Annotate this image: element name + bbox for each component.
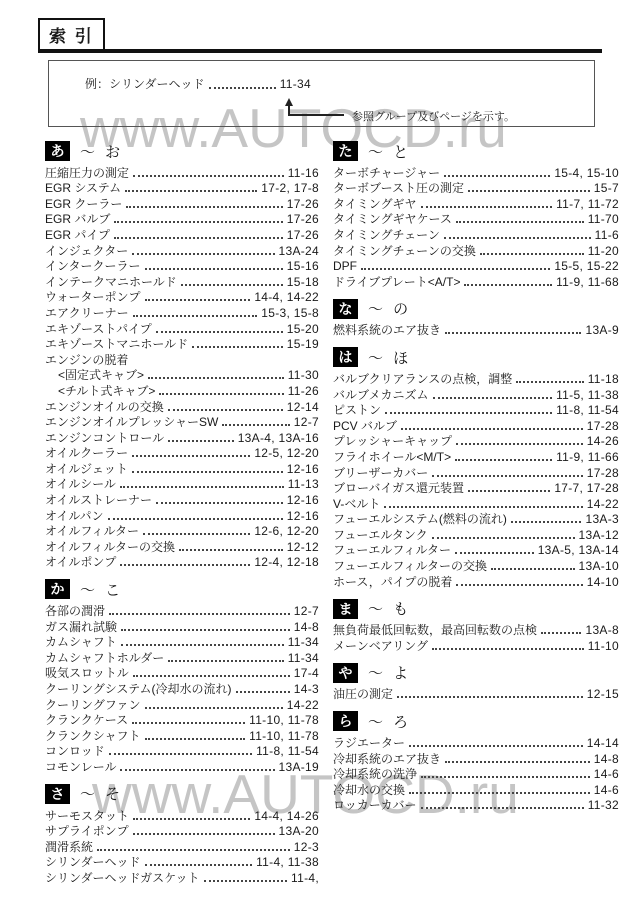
section-kana-badge: な — [333, 299, 358, 319]
entry-page-ref: 11-10 — [588, 639, 619, 653]
dot-leader — [132, 722, 245, 724]
entry-page-ref: 12-12 — [287, 540, 319, 554]
dot-leader — [133, 675, 290, 677]
index-entry: クーリングシステム(冷却水の流れ)14-3 — [45, 680, 319, 696]
index-entry: ターボブースト圧の測定15-7 — [333, 180, 619, 196]
section-header: さ～ そ — [45, 784, 319, 804]
entry-page-ref: 14-3 — [294, 682, 319, 696]
entry-label: フューエルフィルター — [333, 543, 451, 557]
dot-leader — [455, 552, 534, 554]
dot-leader — [541, 632, 581, 634]
entry-page-ref: 13A-24 — [279, 244, 320, 258]
index-entry: シリンダーヘッド11-4, 11-38 — [45, 854, 319, 870]
entry-page-ref: 12-14 — [287, 400, 319, 414]
dot-leader — [384, 506, 582, 508]
entry-page-ref: 13A-19 — [279, 760, 320, 774]
index-entry: インテークマニホールド15-18 — [45, 273, 319, 289]
entry-page-ref: 12-7 — [294, 415, 319, 429]
section-range-label: ～ そ — [80, 783, 123, 804]
dot-leader — [456, 584, 582, 586]
index-columns: あ～ お圧縮圧力の測定11-16EGR システム17-2, 17-8EGR クー… — [45, 141, 619, 885]
entry-page-ref: 17-26 — [287, 212, 319, 226]
example-caption: 参照グループ及びページを示す。 — [352, 108, 515, 124]
dot-leader — [491, 568, 575, 570]
entry-page-ref: 14-6 — [594, 783, 619, 797]
index-entry: オイルパン12-16 — [45, 507, 319, 523]
index-entry: エンジンオイルの交換12-14 — [45, 398, 319, 414]
entry-label: 圧縮圧力の測定 — [45, 166, 129, 180]
index-entry: オイルシール11-13 — [45, 476, 319, 492]
index-entry: 冷却系統の洗浄14-6 — [333, 766, 619, 782]
dot-leader — [145, 299, 251, 301]
section-range-label: ～ よ — [368, 662, 411, 683]
entry-page-ref: 12-16 — [287, 509, 319, 523]
entry-label: メーンベアリング — [333, 639, 428, 653]
entry-page-ref: 14-10 — [587, 575, 619, 589]
section-header: か～ こ — [45, 579, 319, 599]
index-entry: オイルポンプ12-4, 12-18 — [45, 554, 319, 570]
entry-label: インジェクター — [45, 244, 128, 258]
section-range-label: ～ お — [80, 141, 123, 162]
entry-label: オイルジェット — [45, 462, 128, 476]
entry-label: <チルト式キャブ> — [58, 384, 155, 398]
entry-label: オイルシール — [45, 477, 116, 491]
dot-leader — [156, 502, 283, 504]
index-entry: ロッカーカバー11-32 — [333, 797, 619, 813]
dot-leader — [480, 253, 584, 255]
section-kana-badge: は — [333, 347, 358, 367]
index-entry: 各部の潤滑12-7 — [45, 602, 319, 618]
entry-label: ガス漏れ試験 — [45, 620, 117, 634]
dot-leader — [421, 206, 553, 208]
entry-page-ref: 13A-8 — [585, 623, 619, 637]
index-entry: PCV バルブ17-28 — [333, 417, 619, 433]
entry-page-ref: 17-28 — [587, 466, 619, 480]
entry-page-ref: 11-34 — [288, 651, 319, 665]
entry-label: ロッカーカバー — [333, 798, 417, 812]
entry-label: クランクシャフト — [45, 729, 141, 743]
index-entry: コンロッド11-8, 11-54 — [45, 743, 319, 759]
entry-label: 各部の潤滑 — [45, 604, 105, 618]
entry-label: オイルポンプ — [45, 555, 116, 569]
index-entry: タイミングチェーン11-6 — [333, 226, 619, 242]
entry-label: EGR クーラー — [45, 197, 122, 211]
index-entry: 冷却系統のエア抜き14-8 — [333, 750, 619, 766]
entry-page-ref: 14-4, 14-22 — [254, 290, 319, 304]
section-header: ら～ ろ — [333, 711, 619, 731]
entry-label: 冷却系統の洗浄 — [333, 767, 417, 781]
dot-leader — [401, 428, 583, 430]
entry-label: 吸気スロットル — [45, 666, 129, 680]
entry-label: オイルパン — [45, 509, 104, 523]
index-entry: カムシャフト11-34 — [45, 634, 319, 650]
entry-label: タイミングチェーンの交換 — [333, 244, 476, 258]
entry-page-ref: 17-2, 17-8 — [261, 181, 319, 195]
index-entry: ホース，パイプの脱着14-10 — [333, 573, 619, 589]
entry-page-ref: 14-4, 14-26 — [254, 809, 319, 823]
entry-label: エンジンオイルプレッシャーSW — [45, 415, 218, 429]
entry-label: エンジンコントロール — [45, 431, 164, 445]
dot-leader — [145, 707, 283, 709]
entry-page-ref: 11-5, 11-38 — [556, 388, 619, 402]
dot-leader — [468, 490, 550, 492]
entry-label: エンジンオイルの交換 — [45, 400, 164, 414]
index-entry: タイミングチェーンの交換11-20 — [333, 242, 619, 258]
index-entry: フライホイール<M/T>11-9, 11-66 — [333, 448, 619, 464]
entry-label: ブリーザーカバー — [333, 466, 428, 480]
dot-leader — [192, 346, 283, 348]
index-entry: バルブクリアランスの点検，調整11-18 — [333, 370, 619, 386]
entry-label: カムシャフトホルダー — [45, 651, 164, 665]
section-kana-badge: か — [45, 579, 70, 599]
index-entry: 油圧の測定12-15 — [333, 686, 619, 702]
index-entry: クランクケース11-10, 11-78 — [45, 712, 319, 728]
entry-page-ref: 15-5, 15-22 — [554, 259, 619, 273]
section-kana-badge: た — [333, 141, 358, 161]
dot-leader — [444, 237, 591, 239]
dot-leader — [445, 761, 590, 763]
index-entry: フューエルタンク13A-12 — [333, 526, 619, 542]
index-entry: <チルト式キャブ>11-26 — [45, 382, 319, 398]
entry-label: EGR システム — [45, 181, 121, 195]
index-entry: EGR バルブ17-26 — [45, 211, 319, 227]
index-entry: メーンベアリング11-10 — [333, 637, 619, 653]
entry-page-ref: 11-9, 11-68 — [556, 275, 619, 289]
dot-leader — [114, 221, 282, 223]
dot-leader — [133, 315, 258, 317]
entry-page-ref: 11-34 — [288, 635, 319, 649]
dot-leader — [132, 455, 250, 457]
dot-leader — [432, 537, 575, 539]
index-entry: 冷却水の交換14-6 — [333, 781, 619, 797]
entry-label: コモンレール — [45, 760, 116, 774]
section-kana-badge: あ — [45, 141, 70, 161]
entry-label: フューエルタンク — [333, 528, 428, 542]
dot-leader — [421, 776, 590, 778]
index-entry: EGR システム17-2, 17-8 — [45, 180, 319, 196]
entry-page-ref: 14-8 — [294, 620, 319, 634]
example-legend-box: 例：シリンダーヘッド 11-34 参照グループ及びページを示す。 — [48, 60, 595, 127]
entry-page-ref: 11-70 — [588, 212, 619, 226]
entry-label: コンロッド — [45, 744, 105, 758]
page-title: 索 引 — [38, 18, 105, 52]
index-entry: エンジンコントロール13A-4, 13A-16 — [45, 429, 319, 445]
entry-label: エアクリーナー — [45, 306, 129, 320]
dot-leader — [133, 175, 284, 177]
section-kana-badge: ま — [333, 599, 358, 619]
dot-leader — [445, 332, 581, 334]
entry-label: PCV バルブ — [333, 419, 397, 433]
entry-page-ref: 11-16 — [288, 166, 319, 180]
section-header: あ～ お — [45, 141, 319, 161]
index-entry: カムシャフトホルダー11-34 — [45, 649, 319, 665]
index-entry: タイミングギヤケース11-70 — [333, 211, 619, 227]
dot-leader — [145, 268, 283, 270]
index-entry: フューエルフィルターの交換13A-10 — [333, 557, 619, 573]
entry-page-ref: 17-28 — [587, 419, 619, 433]
index-entry: EGR クーラー17-26 — [45, 195, 319, 211]
dot-leader — [120, 564, 250, 566]
entry-page-ref: 12-5, 12-20 — [254, 446, 319, 460]
dot-leader — [156, 331, 283, 333]
dot-leader — [511, 521, 582, 523]
entry-page-ref: 11-30 — [288, 368, 319, 382]
entry-page-ref: 11-20 — [588, 244, 619, 258]
dot-leader — [455, 459, 552, 461]
index-entry: ブローバイガス還元装置17-7, 17-28 — [333, 480, 619, 496]
entry-label: インタークーラー — [45, 259, 141, 273]
index-entry: クーリングファン14-22 — [45, 696, 319, 712]
section-kana-badge: や — [333, 663, 358, 683]
section-header: ま～ も — [333, 599, 619, 619]
title-divider — [38, 49, 602, 53]
entry-label: オイルストレーナー — [45, 493, 152, 507]
entry-label: 燃料系統のエア抜き — [333, 323, 441, 337]
index-entry: オイルクーラー12-5, 12-20 — [45, 445, 319, 461]
entry-label: EGR パイプ — [45, 228, 110, 242]
entry-page-ref: 15-3, 15-8 — [261, 306, 319, 320]
entry-label: サーモスタット — [45, 809, 129, 823]
section-header: な～ の — [333, 299, 619, 319]
index-entry: ターボチャージャー15-4, 15-10 — [333, 164, 619, 180]
section-kana-badge: さ — [45, 784, 70, 804]
entry-page-ref: 14-26 — [587, 434, 619, 448]
entry-label: <固定式キャブ> — [58, 368, 144, 382]
entry-label: ラジエーター — [333, 736, 405, 750]
entry-page-ref: 13A-4, 13A-16 — [238, 431, 319, 445]
entry-page-ref: 12-16 — [287, 462, 319, 476]
index-entry: タイミングギヤ11-7, 11-72 — [333, 195, 619, 211]
entry-label: クランクケース — [45, 713, 128, 727]
dot-leader — [109, 613, 290, 615]
entry-label: クーリングファン — [45, 698, 141, 712]
index-entry: オイルストレーナー12-16 — [45, 491, 319, 507]
entry-label: シリンダーヘッドガスケット — [45, 871, 200, 885]
index-entry: サプライポンプ13A-20 — [45, 823, 319, 839]
entry-label: タイミングチェーン — [333, 228, 440, 242]
dot-leader — [361, 268, 550, 270]
index-entry: ガス漏れ試験14-8 — [45, 618, 319, 634]
dot-leader — [181, 284, 283, 286]
entry-label: タイミングギヤケース — [333, 212, 452, 226]
entry-page-ref: 17-7, 17-28 — [554, 481, 619, 495]
section-range-label: ～ こ — [80, 579, 123, 600]
section-range-label: ～ も — [368, 598, 411, 619]
dot-leader — [385, 412, 552, 414]
dot-leader — [120, 486, 284, 488]
dot-leader — [132, 253, 274, 255]
index-entry: ドライブプレート<A/T>11-9, 11-68 — [333, 273, 619, 289]
section-kana-badge: ら — [333, 711, 358, 731]
entry-label: エンジンの脱着 — [45, 353, 128, 367]
entry-page-ref: 14-14 — [587, 736, 619, 750]
index-entry: ラジエーター14-14 — [333, 734, 619, 750]
entry-page-ref: 17-26 — [287, 197, 319, 211]
entry-label: ウォーターポンプ — [45, 290, 141, 304]
index-entry: 潤滑系統12-3 — [45, 838, 319, 854]
dot-leader — [468, 190, 590, 192]
dot-leader — [444, 175, 550, 177]
section-range-label: ～ ほ — [368, 347, 411, 368]
index-entry: オイルフィルターの交換12-12 — [45, 538, 319, 554]
index-entry: V-ベルト14-22 — [333, 495, 619, 511]
entry-label: ターボチャージャー — [333, 166, 440, 180]
index-column-left: あ～ お圧縮圧力の測定11-16EGR システム17-2, 17-8EGR クー… — [45, 141, 319, 885]
index-entry: EGR パイプ17-26 — [45, 226, 319, 242]
entry-page-ref: 11-4, 11-38 — [256, 855, 319, 869]
dot-leader — [209, 87, 276, 89]
dot-leader — [114, 237, 283, 239]
entry-label: バルブメカニズム — [333, 388, 429, 402]
dot-leader — [126, 206, 282, 208]
index-entry: エアクリーナー15-3, 15-8 — [45, 304, 319, 320]
entry-label: 油圧の測定 — [333, 687, 393, 701]
example-page-ref: 11-34 — [280, 77, 311, 92]
entry-label: ブローバイガス還元装置 — [333, 481, 464, 495]
index-entry: クランクシャフト11-10, 11-78 — [45, 727, 319, 743]
entry-page-ref: 11-9, 11-66 — [556, 450, 619, 464]
entry-label: プレッシャーキャップ — [333, 434, 452, 448]
entry-page-ref: 11-26 — [288, 384, 319, 398]
entry-label: サプライポンプ — [45, 824, 129, 838]
dot-leader — [409, 792, 590, 794]
index-entry: インジェクター13A-24 — [45, 242, 319, 258]
index-entry: ブリーザーカバー17-28 — [333, 464, 619, 480]
index-entry: ピストン11-8, 11-54 — [333, 402, 619, 418]
dot-leader — [433, 397, 553, 399]
dot-leader — [121, 644, 284, 646]
dot-leader — [168, 440, 234, 442]
entry-page-ref: 13A-20 — [279, 824, 320, 838]
index-entry: フューエルシステム(燃料の流れ)13A-3 — [333, 511, 619, 527]
dot-leader — [456, 221, 584, 223]
entry-label: 冷却系統のエア抜き — [333, 752, 441, 766]
dot-leader — [145, 738, 246, 740]
section-range-label: ～ と — [368, 141, 411, 162]
example-entry: 例：シリンダーヘッド 11-34 — [85, 77, 311, 92]
entry-label: オイルフィルターの交換 — [45, 540, 175, 554]
index-entry: プレッシャーキャップ14-26 — [333, 433, 619, 449]
entry-label: オイルクーラー — [45, 446, 128, 460]
entry-label: 潤滑系統 — [45, 840, 93, 854]
entry-page-ref: 12-16 — [287, 493, 319, 507]
index-entry: サーモスタット14-4, 14-26 — [45, 807, 319, 823]
entry-page-ref: 11-8, 11-54 — [256, 744, 319, 758]
entry-page-ref: 12-3 — [294, 840, 319, 854]
dot-leader — [125, 190, 257, 192]
entry-label: 無負荷最低回転数，最高回転数の点検 — [333, 623, 537, 637]
entry-label: ホース，パイプの脱着 — [333, 575, 452, 589]
entry-page-ref: 14-22 — [587, 497, 619, 511]
entry-page-ref: 13A-9 — [585, 323, 619, 337]
entry-label: インテークマニホールド — [45, 275, 177, 289]
entry-page-ref: 11-10, 11-78 — [249, 729, 319, 743]
entry-page-ref: 12-6, 12-20 — [254, 524, 319, 538]
entry-page-ref: 15-16 — [287, 259, 319, 273]
entry-label: フューエルシステム(燃料の流れ) — [333, 512, 507, 526]
dot-leader — [397, 696, 583, 698]
dot-leader — [109, 753, 252, 755]
entry-page-ref: 11-10, 11-78 — [249, 713, 319, 727]
dot-leader — [168, 409, 283, 411]
entry-label: クーリングシステム(冷却水の流れ) — [45, 682, 232, 696]
entry-page-ref: 15-7 — [594, 181, 619, 195]
dot-leader — [236, 691, 290, 693]
dot-leader — [148, 377, 284, 379]
index-entry: エキゾーストマニホールド15-19 — [45, 336, 319, 352]
dot-leader — [222, 424, 289, 426]
dot-leader — [516, 381, 583, 383]
entry-label: エキゾーストマニホールド — [45, 337, 188, 351]
dot-leader — [97, 849, 290, 851]
dot-leader — [159, 393, 283, 395]
index-entry: インタークーラー15-16 — [45, 258, 319, 274]
index-entry: オイルフィルター12-6, 12-20 — [45, 523, 319, 539]
entry-page-ref: 11-32 — [588, 798, 619, 812]
dot-leader — [409, 745, 583, 747]
entry-label: ターボブースト圧の測定 — [333, 181, 464, 195]
example-entry-label: 例：シリンダーヘッド — [85, 77, 205, 92]
index-entry: エンジンの脱着 — [45, 351, 319, 367]
dot-leader — [121, 629, 290, 631]
section-header: は～ ほ — [333, 347, 619, 367]
entry-page-ref: 14-6 — [594, 767, 619, 781]
entry-label: カムシャフト — [45, 635, 117, 649]
entry-label: DPF — [333, 259, 357, 273]
entry-page-ref: 11-13 — [288, 477, 319, 491]
entry-label: オイルフィルター — [45, 524, 139, 538]
entry-page-ref: 13A-3 — [585, 512, 619, 526]
entry-page-ref: 12-4, 12-18 — [254, 555, 319, 569]
entry-label: 冷却水の交換 — [333, 783, 405, 797]
entry-page-ref: 14-22 — [287, 698, 319, 712]
dot-leader — [143, 533, 250, 535]
entry-page-ref: 15-19 — [287, 337, 319, 351]
dot-leader — [145, 864, 253, 866]
entry-page-ref: 13A-5, 13A-14 — [538, 543, 619, 557]
entry-page-ref: 11-6 — [595, 228, 619, 242]
dot-leader — [120, 769, 274, 771]
entry-page-ref: 12-15 — [587, 687, 619, 701]
entry-page-ref: 13A-12 — [579, 528, 620, 542]
dot-leader — [133, 818, 250, 820]
entry-label: ドライブプレート<A/T> — [333, 275, 460, 289]
entry-label: タイミングギヤ — [333, 197, 417, 211]
dot-leader — [432, 475, 583, 477]
dot-leader — [133, 833, 275, 835]
dot-leader — [179, 549, 283, 551]
dot-leader — [464, 284, 552, 286]
section-header: や～ よ — [333, 663, 619, 683]
index-entry: 燃料系統のエア抜き13A-9 — [333, 322, 619, 338]
section-range-label: ～ ろ — [368, 711, 411, 732]
entry-label: バルブクリアランスの点検，調整 — [333, 372, 512, 386]
entry-page-ref: 11-4, — [291, 871, 319, 885]
entry-label: フューエルフィルターの交換 — [333, 559, 487, 573]
entry-page-ref: 15-18 — [287, 275, 319, 289]
index-entry: エキゾーストパイプ15-20 — [45, 320, 319, 336]
entry-page-ref: 11-18 — [588, 372, 619, 386]
index-entry: DPF15-5, 15-22 — [333, 258, 619, 274]
index-entry: 圧縮圧力の測定11-16 — [45, 164, 319, 180]
entry-label: エキゾーストパイプ — [45, 322, 152, 336]
index-entry: オイルジェット12-16 — [45, 460, 319, 476]
index-entry: シリンダーヘッドガスケット11-4, — [45, 869, 319, 885]
index-entry: 無負荷最低回転数，最高回転数の点検13A-8 — [333, 622, 619, 638]
arrow-line-horizontal — [288, 114, 344, 116]
index-entry: 吸気スロットル17-4 — [45, 665, 319, 681]
entry-page-ref: 17-4 — [294, 666, 319, 680]
